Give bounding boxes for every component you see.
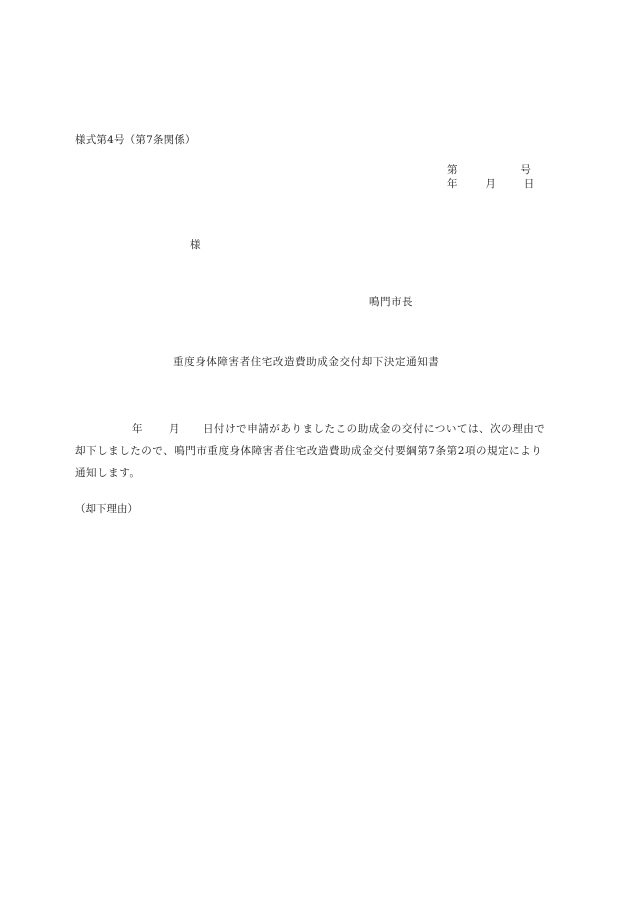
- body-year: 年: [132, 418, 169, 440]
- rejection-reason-label: （却下理由）: [75, 501, 138, 516]
- recipient-honorific: 様: [190, 237, 201, 252]
- document-title: 重度身体障害者住宅改造費助成金交付却下決定通知書: [173, 354, 439, 369]
- doc-number-suffix: 号: [520, 162, 531, 177]
- body-line-2: 却下しましたので、鳴門市重度身体障害者住宅改造費助成金交付要綱第7条第2項の規定…: [75, 440, 555, 462]
- body-line-1: 年月日付けで申請がありましたこの助成金の交付については、次の理由で: [75, 418, 555, 440]
- body-paragraph: 年月日付けで申請がありましたこの助成金の交付については、次の理由で 却下しました…: [75, 418, 555, 484]
- document-date: 年 月 日: [447, 176, 534, 191]
- body-line-3: 通知します。: [75, 462, 555, 484]
- body-line-1-text: 日付けで申請がありましたこの助成金の交付については、次の理由で: [203, 423, 545, 435]
- sender-name: 鳴門市長: [369, 294, 413, 309]
- doc-number-prefix: 第: [447, 162, 517, 177]
- body-month: 月: [169, 418, 203, 440]
- date-month: 月: [485, 176, 520, 191]
- date-year: 年: [447, 176, 482, 191]
- date-day: 日: [524, 176, 535, 191]
- document-number: 第 号: [447, 162, 531, 177]
- form-number: 様式第4号（第7条関係）: [75, 132, 196, 147]
